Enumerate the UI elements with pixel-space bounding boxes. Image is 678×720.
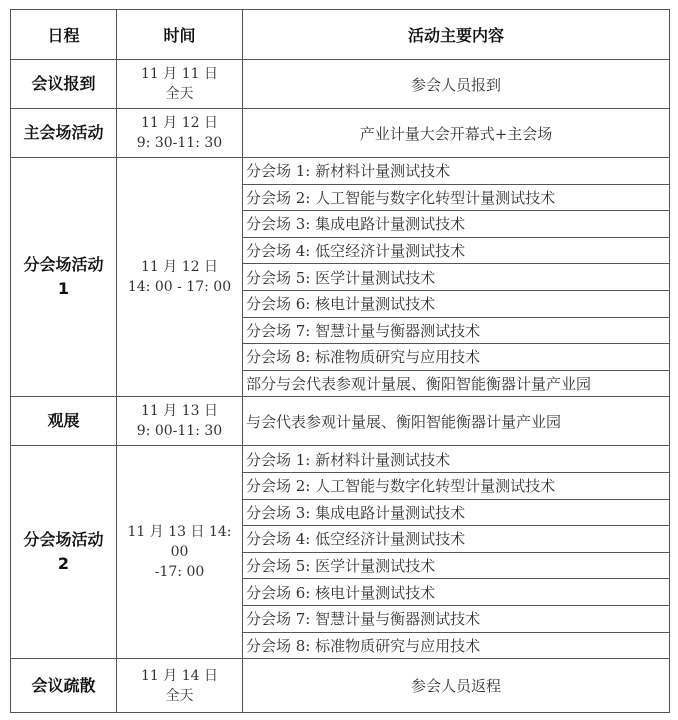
time-cell: 11 月 13 日 14: 00-17: 00 [117,446,243,659]
time-range: 全天 [117,686,242,706]
table-row-sub-venue-1: 分会场活动1 11 月 12 日14: 00 - 17: 00 分会场 1: 新… [11,158,670,185]
phase-cell: 观展 [11,397,117,446]
phase-cell: 会议报到 [11,60,117,109]
phase-cell: 会议疏散 [11,659,117,713]
table-row-sub-venue-2: 分会场活动2 11 月 13 日 14: 00-17: 00 分会场 1: 新材… [11,446,670,473]
session-item: 分会场 7: 智慧计量与衡器测试技术 [243,317,670,344]
session-item: 分会场 3: 集成电路计量测试技术 [243,211,670,238]
session-item: 分会场 8: 标准物质研究与应用技术 [243,632,670,659]
session-item: 分会场 4: 低空经济计量测试技术 [243,237,670,264]
time-date: 11 月 14 日 [117,666,242,686]
session-item: 分会场 5: 医学计量测试技术 [243,264,670,291]
phase-cell: 分会场活动1 [11,158,117,397]
content-cell: 参会人员报到 [243,60,670,109]
time-range: -17: 00 [117,562,242,582]
schedule-table: 日程 时间 活动主要内容 会议报到 11 月 11 日全天 参会人员报到 主会场… [10,9,670,713]
table-row-dispersal: 会议疏散 11 月 14 日全天 参会人员返程 [11,659,670,713]
phase-number: 2 [11,552,116,576]
time-cell: 11 月 13 日9: 00-11: 30 [117,397,243,446]
content-cell: 产业计量大会开幕式+主会场 [243,109,670,158]
session-item: 分会场 6: 核电计量测试技术 [243,290,670,317]
time-date: 11 月 13 日 [117,401,242,421]
time-cell: 11 月 11 日全天 [117,60,243,109]
time-date: 11 月 11 日 [117,64,242,84]
content-cell: 与会代表参观计量展、衡阳智能衡器计量产业园 [243,397,670,446]
session-item: 分会场 6: 核电计量测试技术 [243,579,670,606]
session-item: 分会场 7: 智慧计量与衡器测试技术 [243,605,670,632]
phase-cell: 主会场活动 [11,109,117,158]
session-item: 分会场 4: 低空经济计量测试技术 [243,526,670,553]
header-time: 时间 [117,10,243,60]
time-range: 9: 00-11: 30 [117,421,242,441]
table-row-main-venue: 主会场活动 11 月 12 日9: 30-11: 30 产业计量大会开幕式+主会… [11,109,670,158]
table-row-registration: 会议报到 11 月 11 日全天 参会人员报到 [11,60,670,109]
header-row: 日程 时间 活动主要内容 [11,10,670,60]
time-range: 全天 [117,84,242,104]
session-item: 分会场 1: 新材料计量测试技术 [243,158,670,185]
time-range: 14: 00 - 17: 00 [117,277,242,297]
session-item: 分会场 1: 新材料计量测试技术 [243,446,670,473]
time-cell: 11 月 14 日全天 [117,659,243,713]
time-date: 11 月 12 日 [117,113,242,133]
header-schedule: 日程 [11,10,117,60]
phase-label: 分会场活动 [11,253,116,277]
phase-cell: 分会场活动2 [11,446,117,659]
time-date: 11 月 12 日 [117,257,242,277]
session-item: 分会场 5: 医学计量测试技术 [243,552,670,579]
content-cell: 参会人员返程 [243,659,670,713]
header-content: 活动主要内容 [243,10,670,60]
phase-label: 分会场活动 [11,528,116,552]
time-cell: 11 月 12 日14: 00 - 17: 00 [117,158,243,397]
time-cell: 11 月 12 日9: 30-11: 30 [117,109,243,158]
time-range: 9: 30-11: 30 [117,133,242,153]
session-item: 分会场 8: 标准物质研究与应用技术 [243,344,670,371]
time-date: 11 月 13 日 14: 00 [117,522,242,562]
session-item: 部分与会代表参观计量展、衡阳智能衡器计量产业园 [243,370,670,397]
session-item: 分会场 2: 人工智能与数字化转型计量测试技术 [243,184,670,211]
phase-number: 1 [11,277,116,301]
session-item: 分会场 3: 集成电路计量测试技术 [243,499,670,526]
table-row-exhibition: 观展 11 月 13 日9: 00-11: 30 与会代表参观计量展、衡阳智能衡… [11,397,670,446]
session-item: 分会场 2: 人工智能与数字化转型计量测试技术 [243,472,670,499]
